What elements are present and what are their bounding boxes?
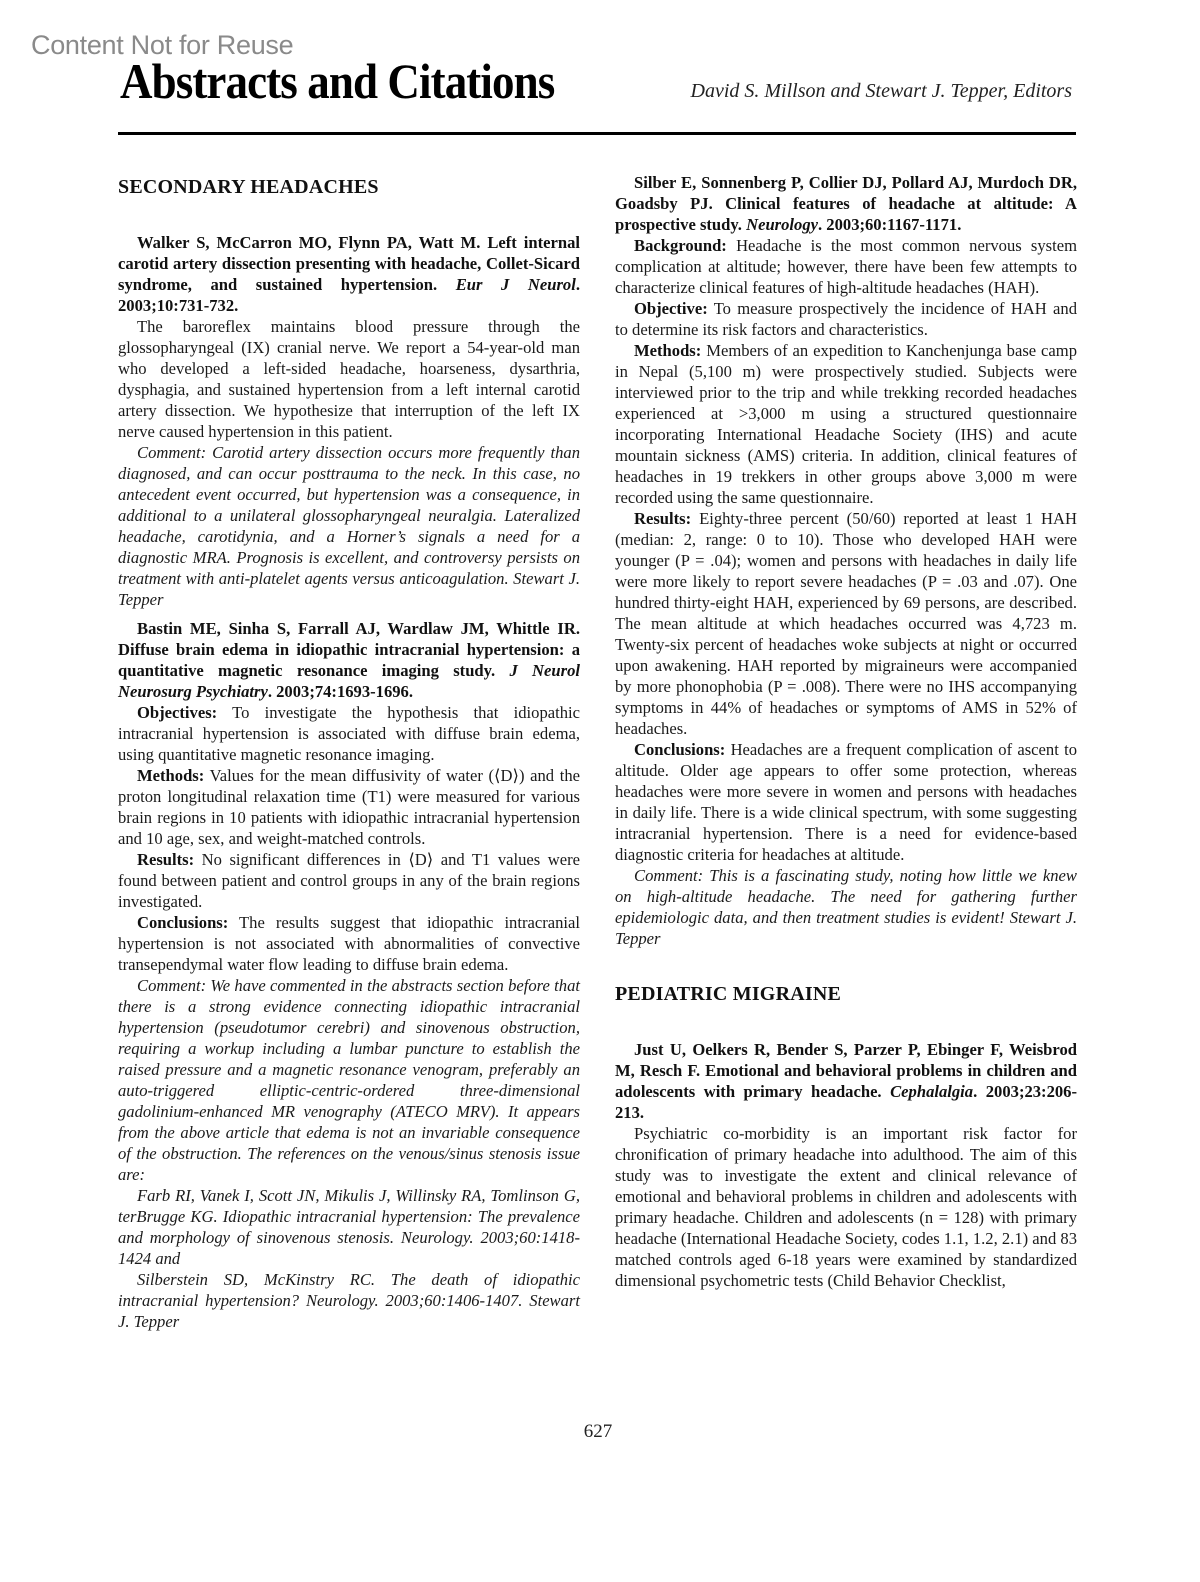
page-number: 627 [0,1421,1196,1443]
header-rule [118,132,1076,135]
journal-name: Cephalalgia [890,1082,973,1101]
journal-name: Neurology [746,215,818,234]
journal-name: Eur J Neurol [456,275,576,294]
article-comment: Comment: We have commented in the abstra… [118,975,580,1185]
reference-farb: Farb RI, Vanek I, Scott JN, Mikulis J, W… [118,1185,580,1269]
article-citation: Bastin ME, Sinha S, Farrall AJ, Wardlaw … [118,618,580,702]
reference-silberstein: Silberstein SD, McKinstry RC. The death … [118,1269,580,1332]
article-body: Psychiatric co-morbidity is an important… [615,1123,1077,1291]
objective-paragraph: Objective: To measure prospectively the … [615,298,1077,340]
section-title-secondary-headaches: SECONDARY HEADACHES [118,174,580,200]
conclusions-paragraph: Conclusions: Headaches are a frequent co… [615,739,1077,865]
methods-paragraph: Methods: Members of an expedition to Kan… [615,340,1077,508]
editors-line: David S. Millson and Stewart J. Tepper, … [691,80,1072,103]
section-title-pediatric-migraine: PEDIATRIC MIGRAINE [615,981,1077,1007]
article-citation: Just U, Oelkers R, Bender S, Parzer P, E… [615,1039,1077,1123]
methods-paragraph: Methods: Values for the mean diffusivity… [118,765,580,849]
conclusions-paragraph: Conclusions: The results suggest that id… [118,912,580,975]
objectives-paragraph: Objectives: To investigate the hypothesi… [118,702,580,765]
article-citation: Walker S, McCarron MO, Flynn PA, Watt M.… [118,232,580,316]
article-walker: Walker S, McCarron MO, Flynn PA, Watt M.… [118,232,580,610]
left-column: SECONDARY HEADACHES Walker S, McCarron M… [118,172,580,1332]
article-citation: Silber E, Sonnenberg P, Collier DJ, Poll… [615,172,1077,235]
article-just: Just U, Oelkers R, Bender S, Parzer P, E… [615,1039,1077,1291]
article-silber: Silber E, Sonnenberg P, Collier DJ, Poll… [615,172,1077,949]
background-paragraph: Background: Headache is the most common … [615,235,1077,298]
page-title: Abstracts and Citations [120,52,554,110]
article-comment: Comment: Carotid artery dissection occur… [118,442,580,610]
right-column: Silber E, Sonnenberg P, Collier DJ, Poll… [615,172,1077,1291]
article-body: The baroreflex maintains blood pressure … [118,316,580,442]
results-paragraph: Results: No significant differences in ⟨… [118,849,580,912]
results-paragraph: Results: Eighty-three percent (50/60) re… [615,508,1077,739]
article-bastin: Bastin ME, Sinha S, Farrall AJ, Wardlaw … [118,618,580,1332]
article-comment: Comment: This is a fascinating study, no… [615,865,1077,949]
